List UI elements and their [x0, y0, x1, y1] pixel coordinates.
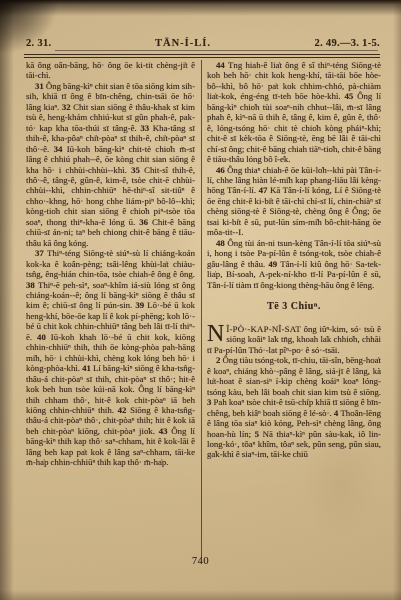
verse-number: 34: [54, 144, 67, 154]
left-text-column: kā ông oân-bāng, hō· ông ōe ki-tit chèng…: [26, 60, 195, 558]
scan-shadow-left: [0, 0, 14, 600]
verse-number: 31: [35, 81, 46, 91]
verse-paragraph: kā ông oân-bāng, hō· ông ōe ki-tit chèng…: [26, 60, 195, 81]
verse-text: Thiⁿ-téng Siōng-tè siúⁿ-sù lí chiáng-koá…: [26, 248, 195, 279]
scan-shadow-right: [393, 0, 401, 600]
header-double-rule: [24, 54, 380, 58]
verse-number: 40: [37, 332, 51, 342]
verse-number: 43: [159, 426, 172, 436]
verse-number: 47: [259, 185, 270, 195]
verse-number: 5: [255, 429, 263, 439]
verse-text: Ông lí bāng-kìⁿ chio̍h tùi soaⁿ-nih chhu…: [207, 91, 381, 164]
text-columns: kā ông oân-bāng, hō· ông ōe ki-tit chèng…: [26, 60, 381, 558]
verse-number: 35: [131, 165, 144, 175]
verse-paragraph: 31 Ông bāng-kìⁿ chit sian ê tōa siōng ki…: [26, 81, 195, 248]
chapter-opening-paragraph: NÎ-PÒ·-KAP-NÎ-SAT ông iûⁿ-kim, só· tsù ê…: [207, 324, 381, 355]
verse-paragraph: 46 Ông thiaⁿ chiah-ê ōe kūi-lo̍h--khì pà…: [207, 165, 381, 238]
page-number: 740: [0, 556, 401, 567]
chapter-heading: Tē 3 Chiuⁿ.: [207, 301, 381, 312]
scan-shadow-bottom: [0, 590, 401, 600]
verse-text: Ông tiàu tsóng-tok, tī-chiu, tāi-sîn, bē…: [207, 355, 381, 396]
verse-paragraph: 37 Thiⁿ-téng Siōng-tè siúⁿ-sù lí chiáng-…: [26, 248, 195, 468]
verse-paragraph: 44 Tng hiah-ê lia̍t ông ê sî thiⁿ-téng S…: [207, 60, 381, 165]
scanned-book-page: 2. 31. TĀN-Í-LÍ. 2. 49.—3. 1-5. kā ông o…: [0, 0, 401, 600]
verse-number: 44: [216, 60, 228, 70]
verse-number: 49: [268, 259, 280, 269]
drop-cap: N: [207, 324, 226, 344]
verse-number: 41: [82, 363, 93, 373]
verse-number: 46: [216, 165, 227, 175]
verse-paragraph: 2 Ông tiàu tsóng-tok, tī-chiu, tāi-sîn, …: [207, 355, 381, 460]
verse-text: kā ông oân-bāng, hō· ông ōe ki-tit chèng…: [26, 60, 195, 80]
verse-number: 32: [62, 102, 73, 112]
verse-number: 39: [135, 300, 147, 310]
header-verse-ref-left: 2. 31.: [26, 38, 51, 49]
verse-number: 37: [35, 248, 47, 258]
column-divider-rule: [201, 60, 202, 558]
lead-capitals: Î-PÒ·-KAP-NÎ-SAT: [226, 324, 301, 334]
right-text-column: 44 Tng hiah-ê lia̍t ông ê sî thiⁿ-téng S…: [207, 60, 381, 558]
header-hairline-rule: [55, 50, 378, 51]
header-verse-ref-right: 2. 49.—3. 1-5.: [315, 38, 380, 49]
verse-number: 38: [26, 280, 38, 290]
verse-number: 48: [216, 238, 227, 248]
scan-shadow-top: [0, 0, 401, 16]
verse-number: 33: [140, 123, 152, 133]
book-title: TĀN-Í-LÍ.: [155, 38, 211, 49]
verse-number: 36: [139, 217, 152, 227]
verse-paragraph: 48 Ông tùi án-ni tsun-kèng Tân-í-lí tōa …: [207, 238, 381, 290]
verse-number: 42: [118, 405, 130, 415]
verse-number: 45: [344, 91, 357, 101]
